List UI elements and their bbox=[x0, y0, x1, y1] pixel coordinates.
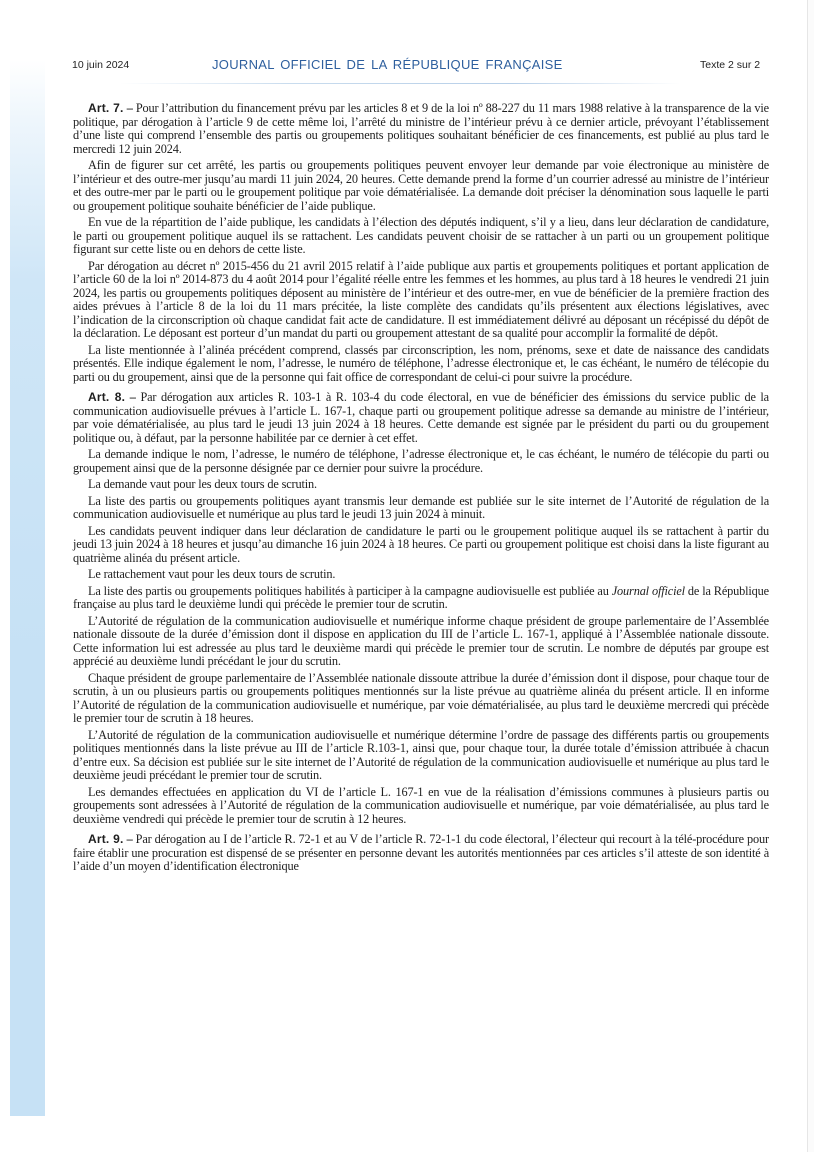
journal-officiel-italic: Journal officiel bbox=[612, 584, 685, 598]
article-9-label: Art. 9. bbox=[88, 832, 124, 846]
article-7-label: Art. 7. bbox=[88, 101, 124, 115]
article-7-paragraph-1: Art. 7. – Pour l’attribution du financem… bbox=[73, 102, 769, 156]
article-7-paragraph: La liste mentionnée à l’alinéa précédent… bbox=[73, 344, 769, 385]
article-8-paragraph: La liste des partis ou groupements polit… bbox=[73, 585, 769, 612]
article-8-paragraph: L’Autorité de régulation de la communica… bbox=[73, 729, 769, 783]
margin-blue-band bbox=[10, 60, 45, 1116]
header-date: 10 juin 2024 bbox=[72, 59, 129, 71]
article-8-paragraph: Les demandes effectuées en application d… bbox=[73, 786, 769, 827]
article-8-paragraph: Le rattachement vaut pour les deux tours… bbox=[73, 568, 769, 582]
article-8-paragraph: La demande vaut pour les deux tours de s… bbox=[73, 478, 769, 492]
article-9-paragraph-1: Art. 9. – Par dérogation au I de l’artic… bbox=[73, 833, 769, 874]
article-8-paragraph: La demande indique le nom, l’adresse, le… bbox=[73, 448, 769, 475]
header-divider bbox=[120, 83, 680, 84]
article-8-paragraph: Les candidats peuvent indiquer dans leur… bbox=[73, 525, 769, 566]
page-edge bbox=[807, 0, 814, 1152]
article-7-paragraph: Afin de figurer sur cet arrêté, les part… bbox=[73, 159, 769, 213]
page-header: 10 juin 2024 JOURNAL OFFICIEL DE LA RÉPU… bbox=[72, 56, 792, 76]
article-7-paragraph: Par dérogation au décret nº 2015-456 du … bbox=[73, 260, 769, 341]
journal-title: JOURNAL OFFICIEL DE LA RÉPUBLIQUE FRANÇA… bbox=[212, 57, 563, 72]
article-8-paragraph: Chaque président de groupe parlementaire… bbox=[73, 672, 769, 726]
document-body: Art. 7. – Pour l’attribution du financem… bbox=[73, 102, 769, 877]
article-8-label: Art. 8. bbox=[88, 390, 125, 404]
page-counter: Texte 2 sur 2 bbox=[700, 59, 760, 71]
article-8-paragraph: La liste des partis ou groupements polit… bbox=[73, 495, 769, 522]
article-7-paragraph: En vue de la répartition de l’aide publi… bbox=[73, 216, 769, 257]
article-8-paragraph-1: Art. 8. – Par dérogation aux articles R.… bbox=[73, 391, 769, 445]
article-8-paragraph: L’Autorité de régulation de la communica… bbox=[73, 615, 769, 669]
